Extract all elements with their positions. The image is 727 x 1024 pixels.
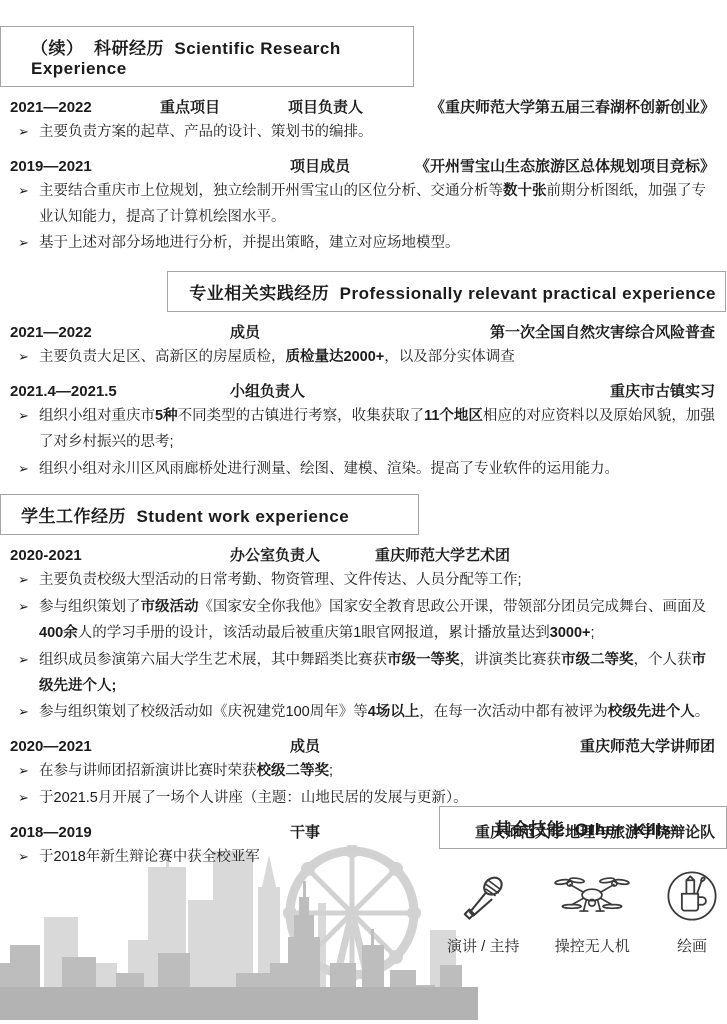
row-role: 成员 bbox=[290, 735, 320, 756]
bullet-item: ➢ 组织小组对重庆市5种不同类型的古镇进行考察，收集获取了11个地区相应的对应资… bbox=[10, 404, 715, 456]
bullet-arrow-icon: ➢ bbox=[18, 568, 29, 591]
row-role: 办公室负责人 bbox=[230, 544, 320, 565]
row-org: 重庆市古镇实习 bbox=[610, 380, 715, 401]
row-date: 2019—2021 bbox=[10, 158, 160, 175]
bullet-arrow-icon: ➢ bbox=[18, 648, 29, 671]
row-org: 《开州雪宝山生态旅游区总体规划项目竞标》 bbox=[415, 155, 715, 176]
section-header-student-work: 学生工作经历 Student work experience bbox=[0, 494, 419, 535]
bullet-arrow-icon: ➢ bbox=[18, 700, 29, 723]
bullet-text: 主要负责方案的起草、产品的设计、策划书的编排。 bbox=[39, 124, 373, 140]
paint-cup-icon bbox=[665, 869, 719, 923]
experience-row: 2021.4—2021.5 小组负责人 重庆市古镇实习 bbox=[10, 380, 715, 401]
bullet-text: 组织小组对重庆市5种不同类型的古镇进行考察，收集获取了11个地区相应的对应资料以… bbox=[39, 408, 715, 450]
row-role: 项目成员 bbox=[290, 155, 350, 176]
section-header-practice: 专业相关实践经历 Professionally relevant practic… bbox=[167, 271, 726, 312]
bullet-text: 参与组织策划了校级活动如《庆祝建党100周年》等4场以上，在每一次活动中都有被评… bbox=[39, 704, 709, 720]
row-role: 成员 bbox=[230, 321, 260, 342]
bullet-text: 基于上述对部分场地进行分析，并提出策略，建立对应场地模型。 bbox=[39, 235, 460, 251]
bullet-arrow-icon: ➢ bbox=[18, 120, 29, 143]
bullet-text: 组织小组对永川区风雨廊桥处进行测量、绘图、建模、渲染。提高了专业软件的运用能力。 bbox=[39, 461, 619, 477]
city-skyline bbox=[0, 845, 478, 1020]
bullet-arrow-icon: ➢ bbox=[18, 457, 29, 480]
experience-row: 2020-2021 办公室负责人 重庆师范大学艺术团 bbox=[10, 544, 715, 565]
row-date: 2021.4—2021.5 bbox=[10, 383, 160, 400]
row-role: 干事 bbox=[290, 821, 320, 842]
row-tag: 重点项目 bbox=[160, 96, 288, 117]
bullet-arrow-icon: ➢ bbox=[18, 759, 29, 782]
skill-item-drone: 操控无人机 bbox=[553, 865, 631, 956]
skill-item-painting: 绘画 bbox=[665, 865, 719, 956]
row-date: 2020-2021 bbox=[10, 547, 160, 564]
row-date: 2021—2022 bbox=[10, 324, 160, 341]
section-header-research: （续） 科研经历 Scientific Research Experience bbox=[0, 26, 414, 87]
bullet-item: ➢ 参与组织策划了校级活动如《庆祝建党100周年》等4场以上，在每一次活动中都有… bbox=[10, 700, 715, 726]
bullet-item: ➢ 在参与讲师团招新演讲比赛时荣获校级二等奖; bbox=[10, 759, 715, 785]
bullet-text: 主要负责校级大型活动的日常考勤、物资管理、文件传达、人员分配等工作; bbox=[39, 572, 522, 588]
experience-row: 2018—2019 干事 重庆师范大学地理与旅游学院辩论队 bbox=[10, 821, 715, 842]
bullet-item: ➢ 主要负责方案的起草、产品的设计、策划书的编排。 bbox=[10, 120, 715, 146]
row-date: 2021—2022 bbox=[10, 99, 160, 116]
bullet-text: 组织成员参演第六届大学生艺术展，其中舞蹈类比赛获市级一等奖，讲演类比赛获市级二等… bbox=[39, 652, 706, 694]
bullet-item: ➢ 参与组织策划了市级活动《国家安全你我他》国家安全教育思政公开课，带领部分团员… bbox=[10, 595, 715, 647]
row-org: 《重庆师范大学第五届三春湖杯创新创业》 bbox=[430, 96, 715, 117]
bullet-item: ➢ 组织成员参演第六届大学生艺术展，其中舞蹈类比赛获市级一等奖，讲演类比赛获市级… bbox=[10, 648, 715, 700]
bullet-item: ➢ 组织小组对永川区风雨廊桥处进行测量、绘图、建模、渲染。提高了专业软件的运用能… bbox=[10, 457, 715, 483]
bullet-item: ➢ 于2018年新生辩论赛中获全校亚军 bbox=[10, 845, 715, 871]
bullet-text: 于2021.5月开展了一场个人讲座（主题：山地民居的发展与更新）。 bbox=[39, 790, 468, 806]
bullet-text: 于2018年新生辩论赛中获全校亚军 bbox=[39, 849, 260, 865]
skill-item-speech: 演讲 / 主持 bbox=[447, 865, 520, 956]
bullet-arrow-icon: ➢ bbox=[18, 845, 29, 868]
row-org: 重庆师范大学地理与旅游学院辩论队 bbox=[475, 821, 715, 842]
row-role: 项目负责人 bbox=[288, 96, 363, 117]
row-org: 重庆师范大学讲师团 bbox=[580, 735, 715, 756]
row-org: 第一次全国自然灾害综合风险普查 bbox=[490, 321, 715, 342]
bullet-arrow-icon: ➢ bbox=[18, 179, 29, 202]
skill-label: 演讲 / 主持 bbox=[447, 935, 520, 956]
bullet-arrow-icon: ➢ bbox=[18, 231, 29, 254]
bullet-text: 在参与讲师团招新演讲比赛时荣获校级二等奖; bbox=[39, 763, 333, 779]
skill-label: 操控无人机 bbox=[555, 935, 630, 956]
row-date: 2020—2021 bbox=[10, 738, 160, 755]
row-org: 重庆师范大学艺术团 bbox=[375, 544, 510, 565]
bullet-item: ➢ 主要结合重庆市上位规划，独立绘制开州雪宝山的区位分析、交通分析等数十张前期分… bbox=[10, 179, 715, 231]
bullet-text: 主要负责大足区、高新区的房屋质检，质检量达2000+，以及部分实体调查 bbox=[39, 349, 515, 365]
bullet-item: ➢ 主要负责大足区、高新区的房屋质检，质检量达2000+，以及部分实体调查 bbox=[10, 345, 715, 371]
bullet-item: ➢ 于2021.5月开展了一场个人讲座（主题：山地民居的发展与更新）。 bbox=[10, 786, 715, 812]
resume-page: （续） 科研经历 Scientific Research Experience … bbox=[0, 0, 727, 871]
experience-row: 2021—2022 成员 第一次全国自然灾害综合风险普查 bbox=[10, 321, 715, 342]
microphone-icon bbox=[458, 871, 508, 921]
skill-label: 绘画 bbox=[677, 935, 707, 956]
bullet-item: ➢ 基于上述对部分场地进行分析，并提出策略，建立对应场地模型。 bbox=[10, 231, 715, 257]
experience-row: 2019—2021 项目成员 《开州雪宝山生态旅游区总体规划项目竞标》 bbox=[10, 155, 715, 176]
bullet-arrow-icon: ➢ bbox=[18, 345, 29, 368]
experience-row: 2020—2021 成员 重庆师范大学讲师团 bbox=[10, 735, 715, 756]
row-date: 2018—2019 bbox=[10, 824, 160, 841]
skill-list: 演讲 / 主持 bbox=[439, 865, 727, 956]
bullet-arrow-icon: ➢ bbox=[18, 404, 29, 427]
skyline-base bbox=[0, 987, 478, 1020]
experience-row: 2021—2022 重点项目 项目负责人 《重庆师范大学第五届三春湖杯创新创业》 bbox=[10, 96, 715, 117]
drone-icon bbox=[553, 871, 631, 921]
bullet-text: 主要结合重庆市上位规划，独立绘制开州雪宝山的区位分析、交通分析等数十张前期分析图… bbox=[39, 183, 706, 225]
bullet-arrow-icon: ➢ bbox=[18, 595, 29, 618]
bullet-arrow-icon: ➢ bbox=[18, 786, 29, 809]
bullet-text: 参与组织策划了市级活动《国家安全你我他》国家安全教育思政公开课，带领部分团员完成… bbox=[39, 599, 706, 641]
bullet-item: ➢ 主要负责校级大型活动的日常考勤、物资管理、文件传达、人员分配等工作; bbox=[10, 568, 715, 594]
row-role: 小组负责人 bbox=[230, 380, 305, 401]
